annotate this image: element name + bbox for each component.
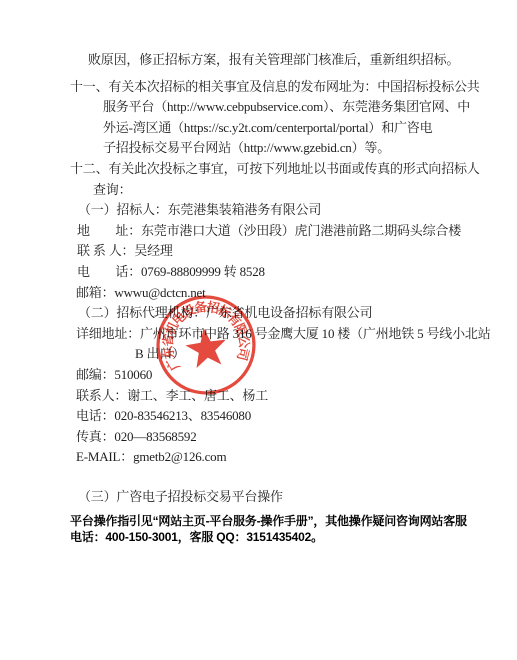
doc-line-item-11: 十一、有关本次招标的相关事宜及信息的发布网址为：中国招标投标公共 xyxy=(70,77,470,98)
doc-line: 查询： xyxy=(70,180,470,201)
doc-line-agency-phone: 电话：020-83546213、83546080 xyxy=(70,406,470,427)
doc-line-agency-address: 详细地址：广州市环市中路 316 号金鹰大厦 10 楼（广州地铁 5 号线小北站 xyxy=(70,324,470,345)
doc-line-address: 地 址：东莞市港口大道（沙田段）虎门港港前路二期码头综合楼 xyxy=(70,221,470,242)
doc-line-contact: 联 系 人：吴经理 xyxy=(70,241,470,262)
doc-line: 服务平台（http://www.cebpubservice.com）、东莞港务集… xyxy=(70,97,470,118)
notice-line: 电话：400-150-3001，客服 QQ：3151435402。 xyxy=(70,530,470,546)
platform-operation-notice: 平台操作指引见“网站主页-平台服务-操作手册”，其他操作疑问咨询网站客服 电话：… xyxy=(70,514,470,545)
doc-line-agency-email: E-MAIL：gmetb2@126.com xyxy=(70,447,470,468)
doc-line-platform-heading: （三）广咨电子招投标交易平台操作 xyxy=(70,487,470,508)
doc-line-agency: （二）招标代理机构：广东省机电设备招标有限公司 xyxy=(70,303,470,324)
doc-line: 败原因，修正招标方案，报有关管理部门核准后，重新组织招标。 xyxy=(70,50,470,71)
document-text-block: 败原因，修正招标方案，报有关管理部门核准后，重新组织招标。 十一、有关本次招标的… xyxy=(70,50,470,545)
doc-line: 子招投标交易平台网站（http://www.gzebid.cn）等。 xyxy=(70,138,470,159)
doc-line: B 出口） xyxy=(70,344,470,365)
doc-line-zipcode: 邮编：510060 xyxy=(70,365,470,386)
notice-line: 平台操作指引见“网站主页-平台服务-操作手册”，其他操作疑问咨询网站客服 xyxy=(70,514,470,530)
doc-line-tenderer: （一）招标人：东莞港集装箱港务有限公司 xyxy=(70,200,470,221)
doc-line-contacts: 联系人：谢工、李工、唐工、杨工 xyxy=(70,386,470,407)
doc-line-item-12: 十二、有关此次投标之事宜，可按下列地址以书面或传真的形式向招标人 xyxy=(70,159,470,180)
doc-line-fax: 传真：020—83568592 xyxy=(70,427,470,448)
doc-line: 外运-湾区通（https://sc.y2t.com/centerportal/p… xyxy=(70,118,470,139)
doc-line-email: 邮箱：wwwu@dctcn.net xyxy=(70,283,470,304)
doc-line-phone: 电 话：0769-88809999 转 8528 xyxy=(70,262,470,283)
document-page: 败原因，修正招标方案，报有关管理部门核准后，重新组织招标。 十一、有关本次招标的… xyxy=(0,0,517,660)
